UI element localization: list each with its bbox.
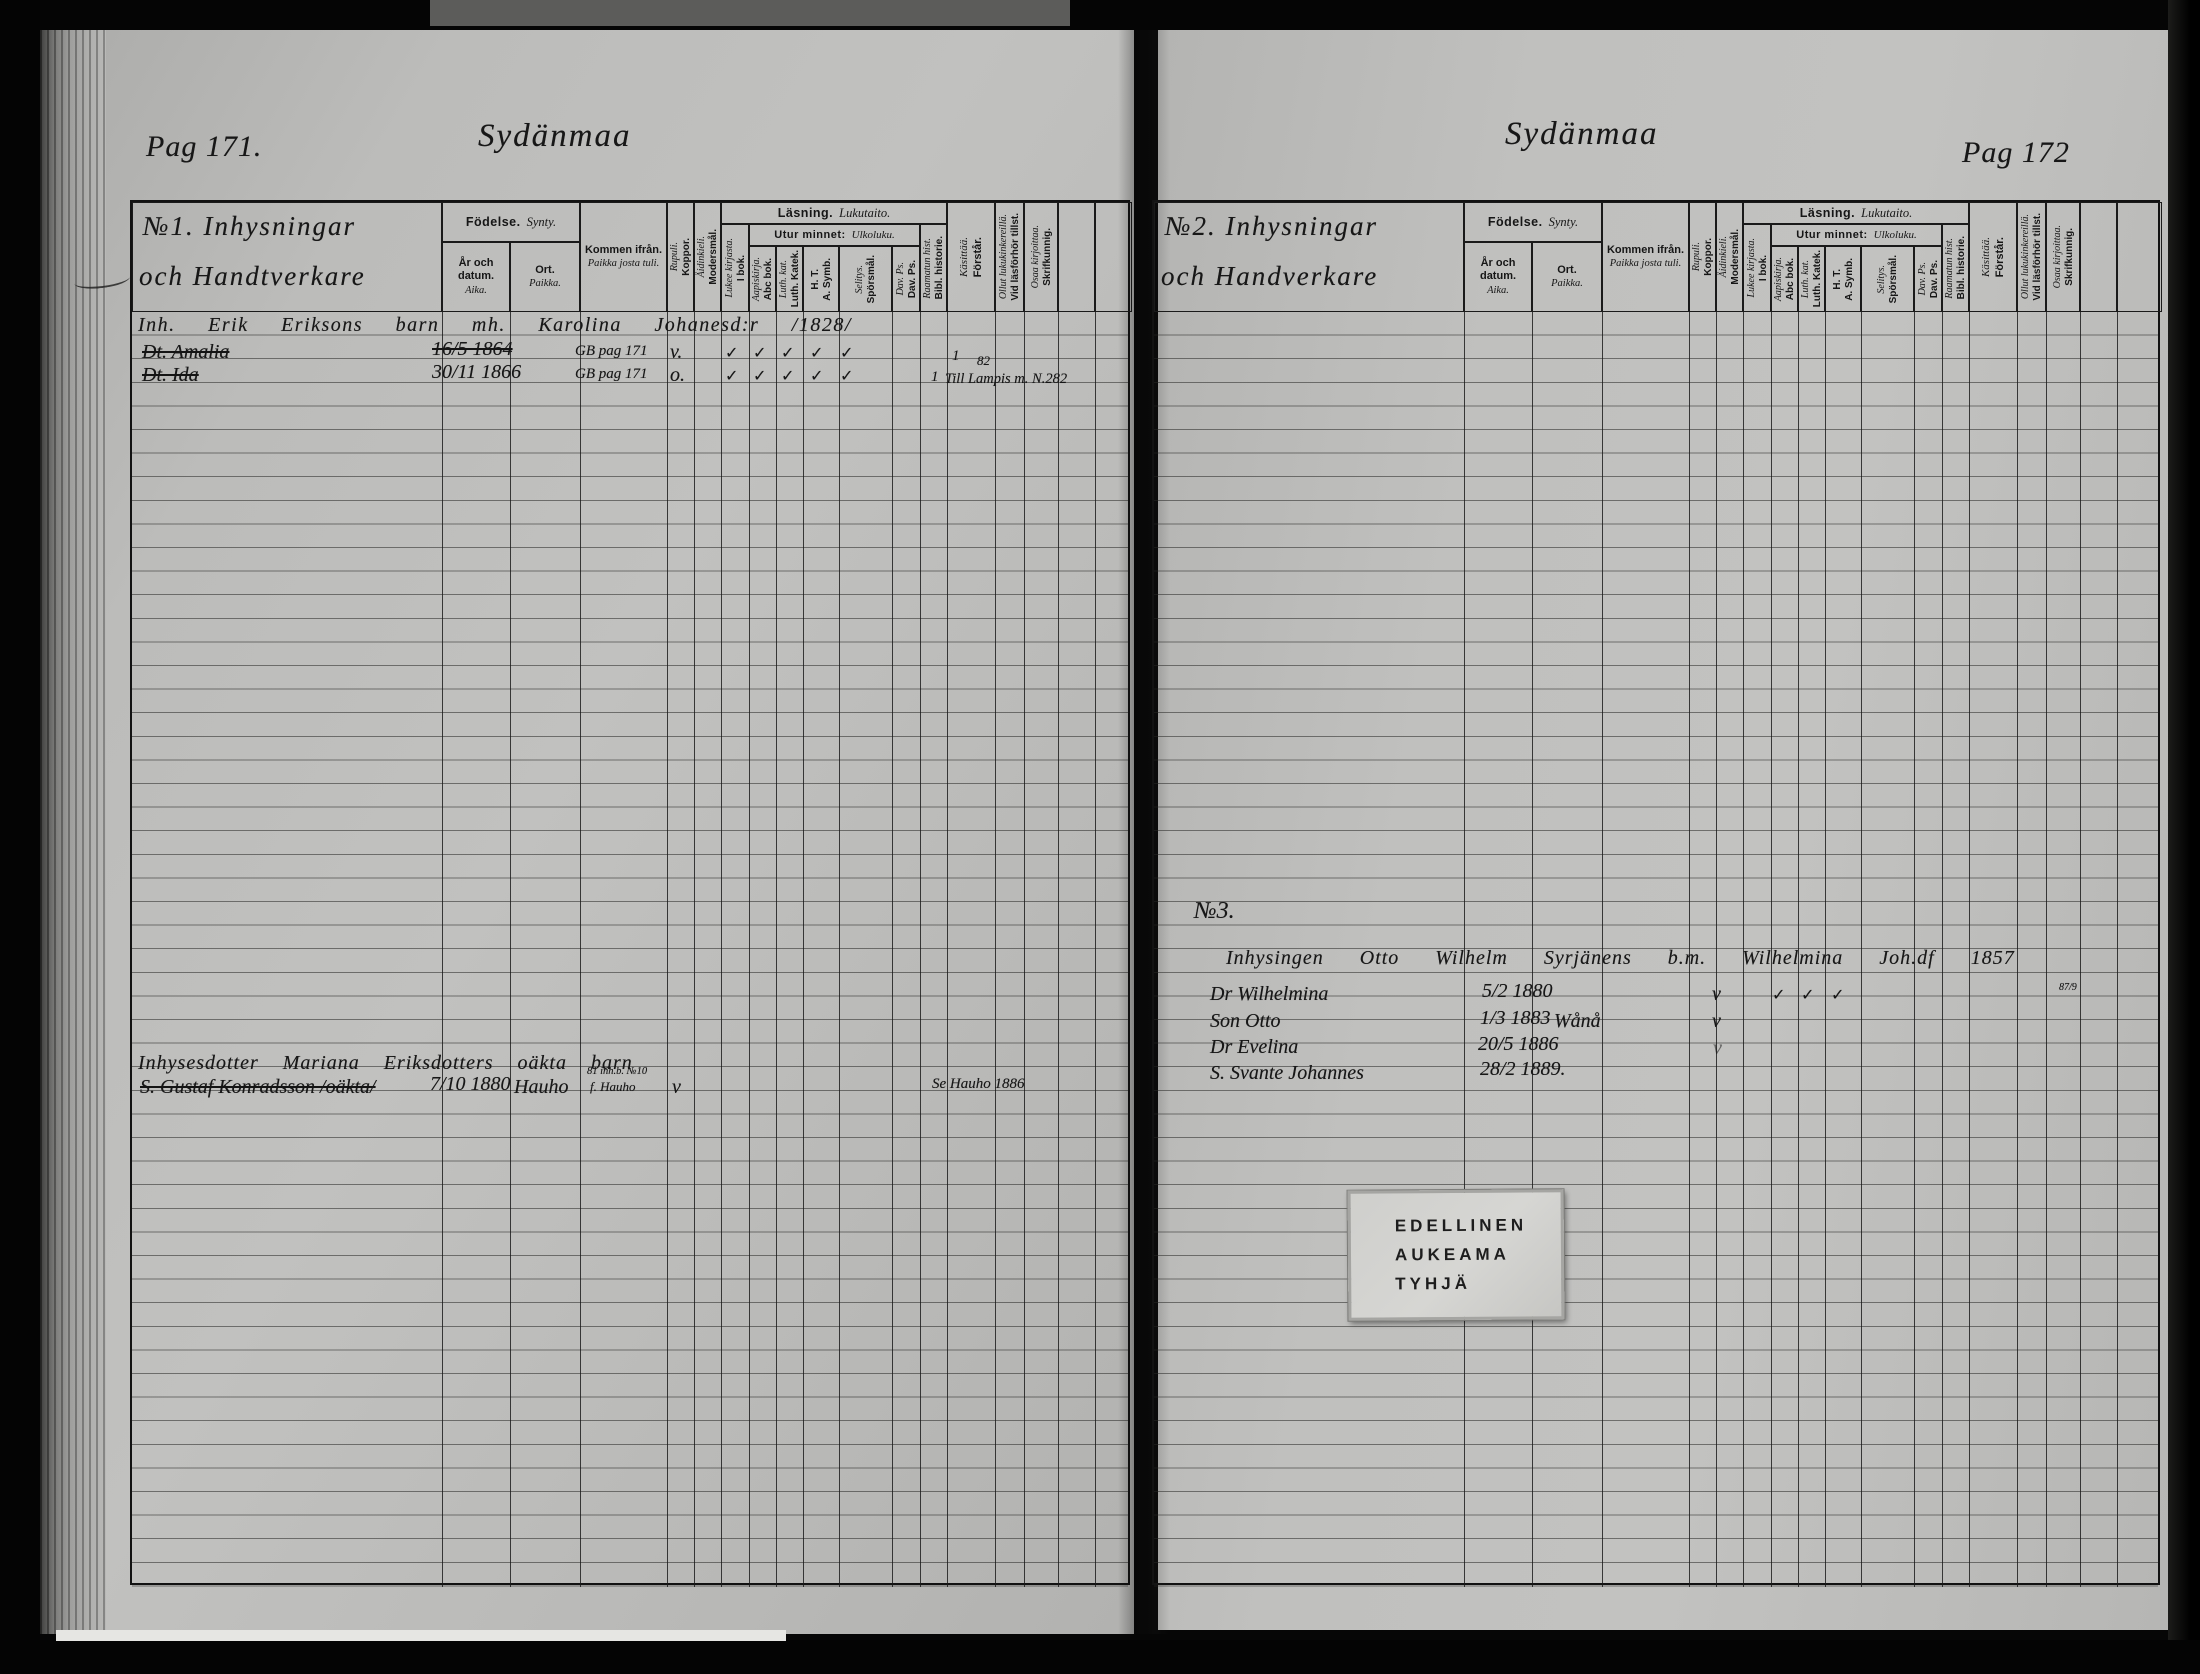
entries-right: №3. Inhysingen Otto Wilhelm Syrjänens b.… xyxy=(1154,202,2158,1583)
mark: ✓ xyxy=(1831,985,1844,1005)
scan-border-bottom xyxy=(0,1640,2200,1674)
book-page-edges xyxy=(40,26,106,1634)
mark: ✓ xyxy=(753,366,766,386)
entry-svante-name: S. Svante Johannes xyxy=(1210,1062,1364,1085)
mark: ✓ xyxy=(810,366,823,386)
entry-family-header: Inh. Erik Eriksons barn mh. Karolina Joh… xyxy=(138,314,852,337)
label-slip-line: TYHJÄ xyxy=(1395,1273,1561,1294)
mark: ✓ xyxy=(840,366,853,386)
label-slip-line: AUKEAMA xyxy=(1395,1244,1561,1265)
entry-gustaf-from1: 81 inh.b. №10 xyxy=(587,1066,647,1077)
entry-ida-born: 30/11 1866 xyxy=(432,361,521,384)
scan-border-right xyxy=(2168,0,2200,1674)
entry-amalia-name: Dt. Amalia xyxy=(142,341,229,364)
entry-mariana-header: Inhysesdotter Mariana Eriksdotters oäkta… xyxy=(138,1052,633,1075)
entry-svante-born: 28/2 1889. xyxy=(1480,1058,1566,1081)
scan-border-left xyxy=(0,0,40,1674)
entry-wilhelmina-koppor: v xyxy=(1712,983,1721,1006)
mark: ✓ xyxy=(753,343,766,363)
scanned-register-spread: Pag 171. Sydänmaa Sydänmaa Pag 172 №1. I… xyxy=(0,0,2200,1674)
entry-gustaf-name: S. Gustaf Konradsson /oäkta/ xyxy=(140,1076,376,1099)
entry-gustaf-note: Se Hauho 1886 xyxy=(932,1076,1025,1093)
entry-wilhelmina-born: 5/2 1880 xyxy=(1482,980,1553,1003)
entry-no3: №3. xyxy=(1194,898,1235,925)
entry-wilhelmina-name: Dr Wilhelmina xyxy=(1210,983,1328,1006)
entry-amalia-koppor: v. xyxy=(670,341,682,364)
entry-evelina-name: Dr Evelina xyxy=(1210,1036,1298,1059)
entry-evelina-born: 20/5 1886 xyxy=(1478,1033,1559,1056)
mark: ✓ xyxy=(840,343,853,363)
mark: ✓ xyxy=(725,366,738,386)
entry-ida-forstar: 1 xyxy=(931,369,939,386)
mark: ✓ xyxy=(781,366,794,386)
mark: ✓ xyxy=(810,343,823,363)
entry-otto-name: Son Otto xyxy=(1210,1010,1281,1033)
label-slip-line: EDELLINEN xyxy=(1395,1215,1561,1236)
parish-title-right: Sydänmaa xyxy=(1505,116,1658,153)
mark: ✓ xyxy=(781,343,794,363)
entry-evelina-koppor: v xyxy=(1713,1037,1722,1060)
page-number-right: Pag 172 xyxy=(1962,136,2070,170)
mark: ✓ xyxy=(1801,985,1814,1005)
entry-gustaf-from2: f. Hauho xyxy=(590,1079,636,1095)
entry-ida-note: Till Lampis m. N.282 xyxy=(945,371,1067,388)
entry-ida-koppor: o. xyxy=(670,364,685,387)
scan-border-top xyxy=(0,0,2200,30)
register-table-left: №1. Inhysningar och Handtverkare Födelse… xyxy=(130,200,1130,1585)
page-number-left: Pag 171. xyxy=(146,130,262,164)
entry-gustaf-ort: Hauho xyxy=(514,1076,568,1099)
entry-otto-born: 1/3 1883 xyxy=(1480,1007,1551,1030)
scan-border-patch xyxy=(430,0,1070,26)
entry-amalia-born: 16/5 1864 xyxy=(432,338,513,361)
entry-family-subnote: 87/9 xyxy=(2059,982,2077,993)
entry-family-header: Inhysingen Otto Wilhelm Syrjänens b.m. W… xyxy=(1226,947,2015,970)
entry-amalia-forstar: 1 xyxy=(952,348,960,365)
entry-otto-koppor: v xyxy=(1712,1010,1721,1033)
entry-gustaf-born: 7/10 1880 xyxy=(430,1073,511,1096)
entries-left: Inh. Erik Eriksons barn mh. Karolina Joh… xyxy=(132,202,1128,1583)
entry-amalia-note: 82 xyxy=(977,353,990,369)
mark: ✓ xyxy=(725,343,738,363)
mark: ✓ xyxy=(1772,985,1785,1005)
entry-ida-name: Dt. Ida xyxy=(142,364,199,387)
entry-otto-ort: Wånå xyxy=(1554,1010,1601,1033)
register-table-right: №2. Inhysningar och Handverkare Födelse.… xyxy=(1152,200,2160,1585)
entry-ida-from: GB pag 171 xyxy=(575,366,648,383)
label-slip: EDELLINEN AUKEAMA TYHJÄ xyxy=(1348,1189,1565,1321)
entry-gustaf-koppor: v xyxy=(672,1076,681,1099)
parish-title-left: Sydänmaa xyxy=(478,118,631,155)
entry-amalia-from: GB pag 171 xyxy=(575,343,648,360)
page-bottom-edge xyxy=(56,1630,786,1641)
